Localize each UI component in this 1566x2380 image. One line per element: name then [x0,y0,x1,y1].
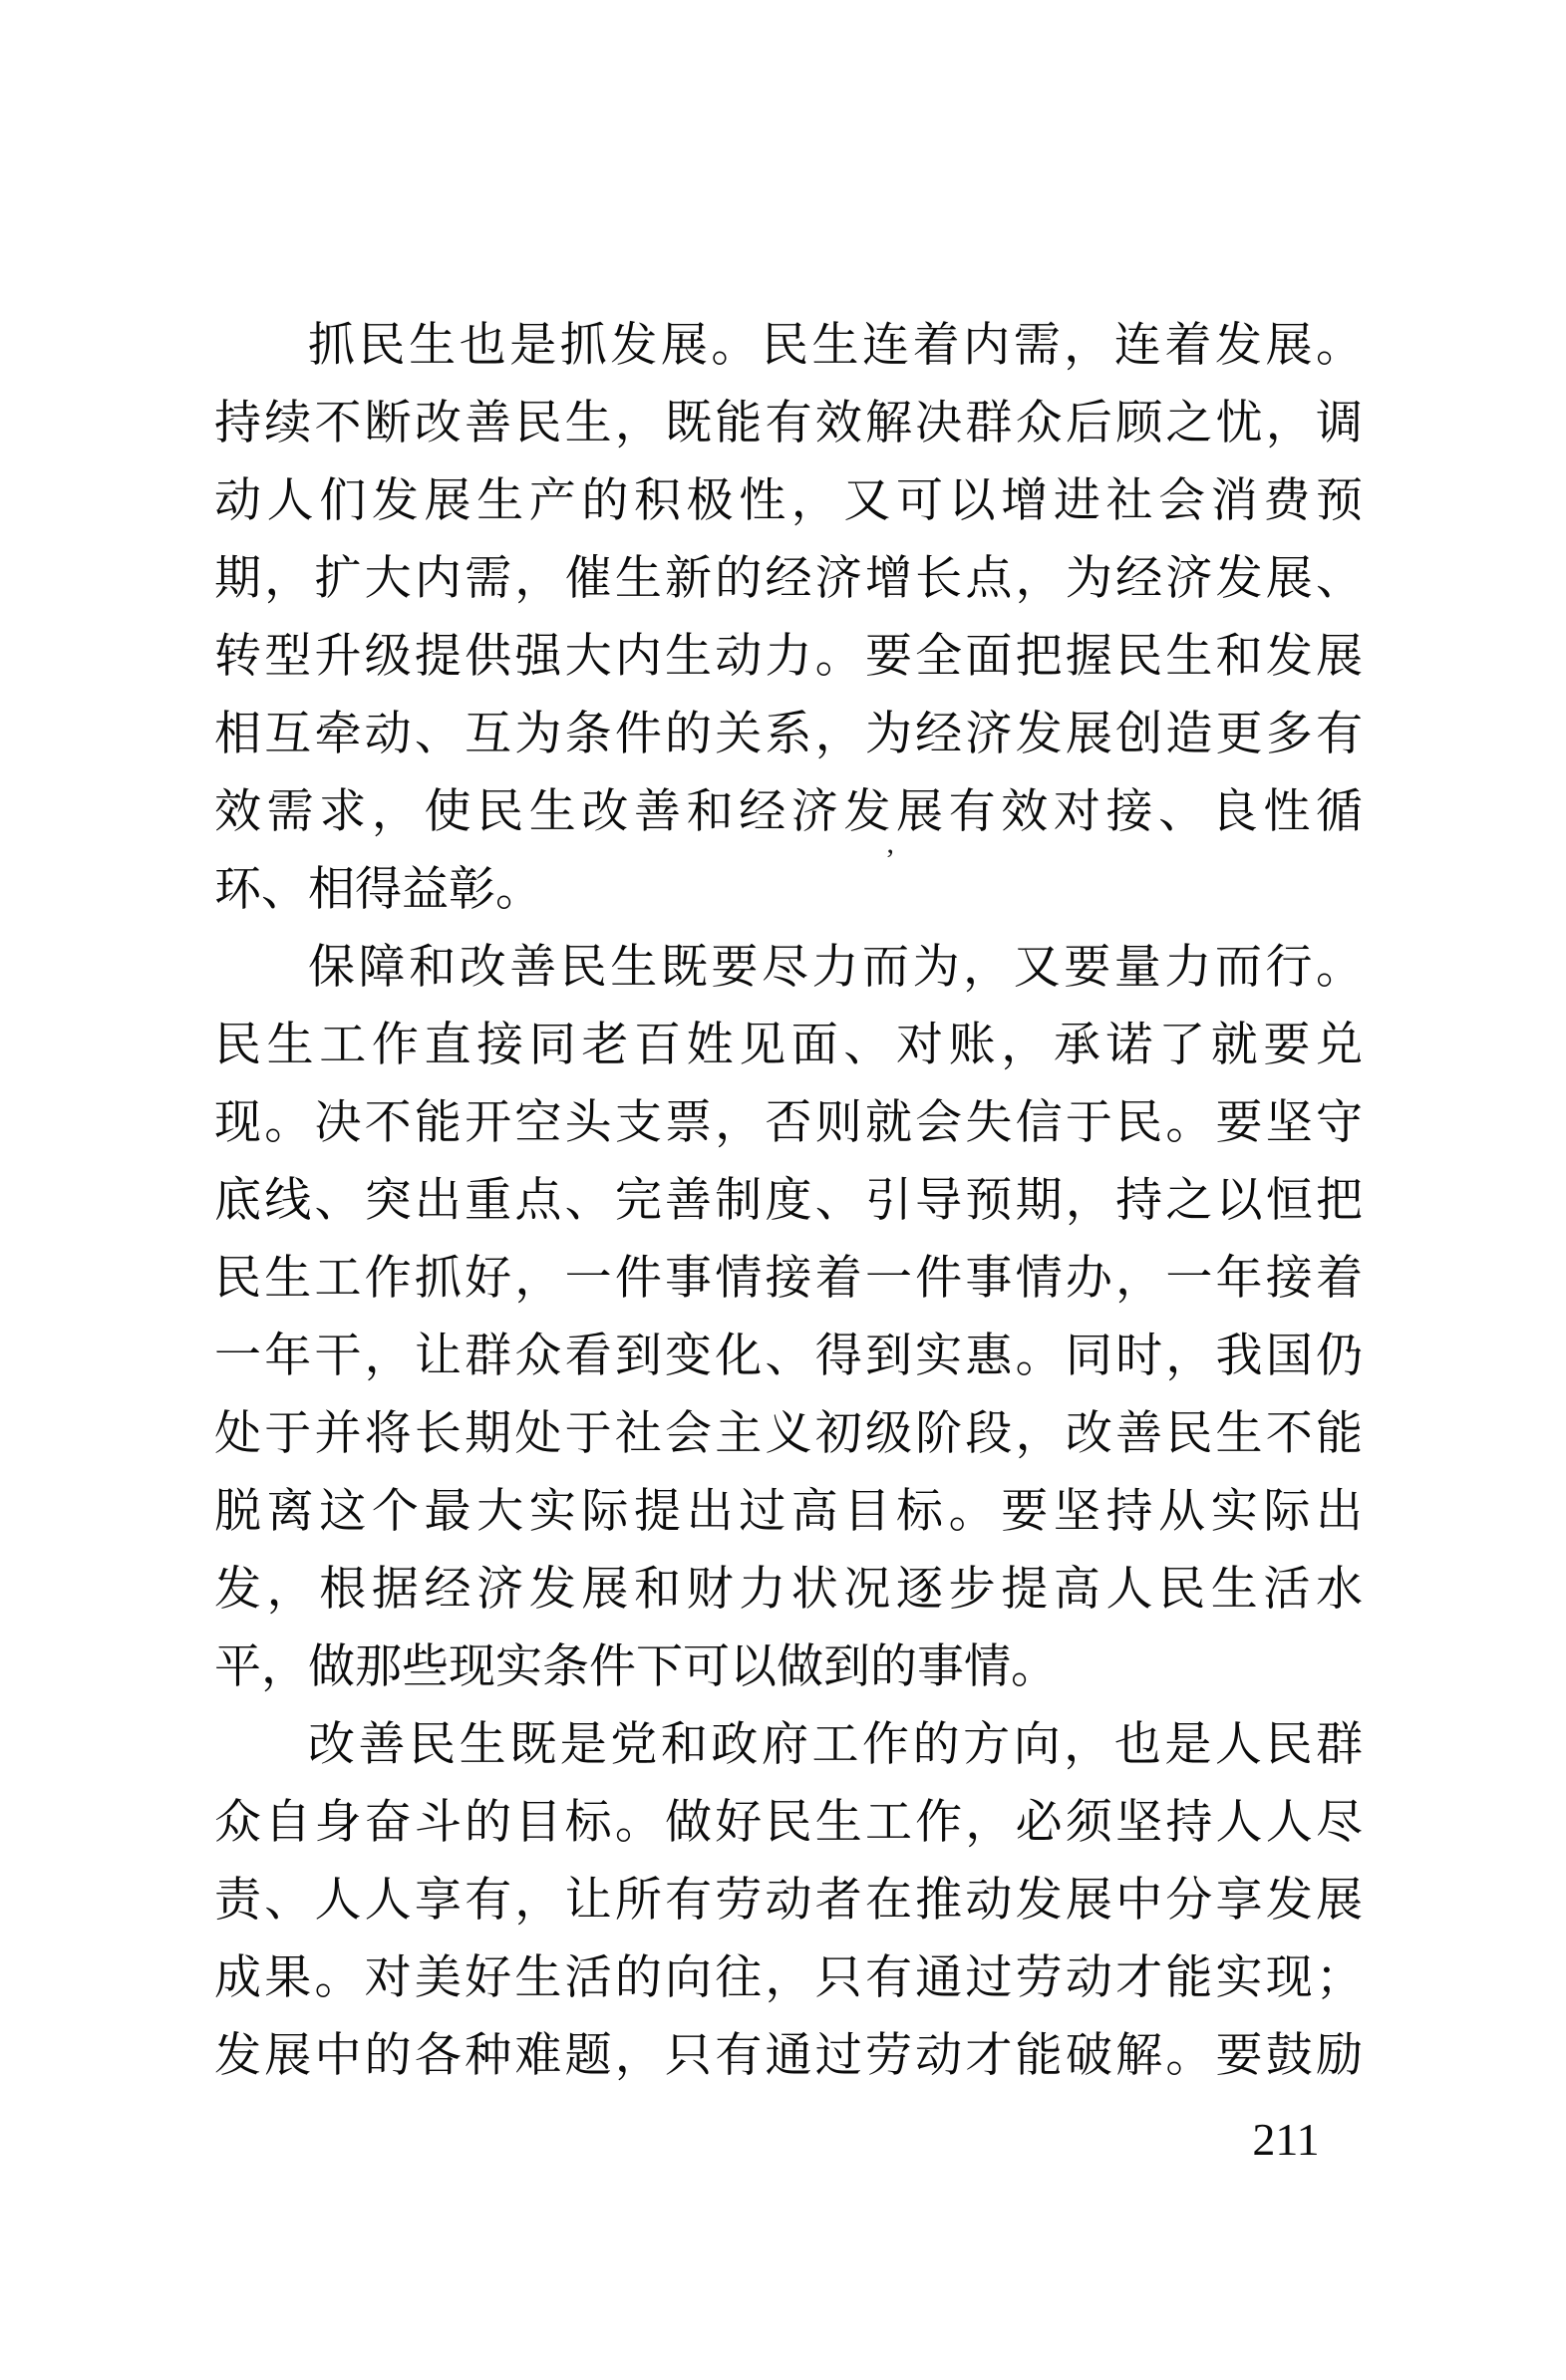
text-line: 平，做那些现实条件下可以做到的事情。 [214,1629,1363,1706]
text-line: 底线、突出重点、完善制度、引导预期，持之以恒把 [214,1162,1363,1240]
book-page: 抓民生也是抓发展。民生连着内需，连着发展。持续不断改善民生，既能有效解决群众后顾… [0,0,1566,2380]
text-line: 持续不断改善民生，既能有效解决群众后顾之忧，调 [214,385,1363,462]
text-line: 脱离这个最大实际提出过高目标。要坚持从实际出 [214,1473,1363,1551]
text-line: 责、人人享有，让所有劳动者在推动发展中分享发展 [214,1862,1363,1939]
text-line: 发，根据经济发展和财力状况逐步提高人民生活水 [214,1551,1363,1629]
text-line: 效需求，使民生改善和经济发展有效对接、良性循 [214,773,1363,851]
text-line: 转型升级提供强大内生动力。要全面把握民生和发展 [214,618,1363,696]
text-line: 改善民生既是党和政府工作的方向，也是人民群 [214,1706,1363,1784]
text-line: 处于并将长期处于社会主义初级阶段，改善民生不能 [214,1395,1363,1473]
text-line: 相互牵动、互为条件的关系，为经济发展创造更多有 [214,696,1363,773]
text-line: 发展中的各种难题，只有通过劳动才能破解。要鼓励 [214,2017,1363,2095]
text-line: 现。决不能开空头支票，否则就会失信于民。要坚守 [214,1084,1363,1162]
text-line: 环、相得益彰。 [214,851,1363,929]
stray-scan-mark: ’ [885,845,895,875]
text-line: 动人们发展生产的积极性，又可以增进社会消费预 [214,462,1363,540]
text-line: 成果。对美好生活的向往，只有通过劳动才能实现； [214,1939,1363,2017]
text-line: 抓民生也是抓发展。民生连着内需，连着发展。 [214,307,1363,385]
text-line: 一年干，让群众看到变化、得到实惠。同时，我国仍 [214,1318,1363,1395]
text-line: 期，扩大内需，催生新的经济增长点，为经济发展、 [214,540,1363,618]
text-block: 抓民生也是抓发展。民生连着内需，连着发展。持续不断改善民生，既能有效解决群众后顾… [214,307,1363,2095]
text-line: 民生工作抓好，一件事情接着一件事情办，一年接着 [214,1240,1363,1318]
text-line: 保障和改善民生既要尽力而为，又要量力而行。 [214,929,1363,1007]
text-line: 众自身奋斗的目标。做好民生工作，必须坚持人人尽 [214,1784,1363,1862]
page-number: 211 [1246,2115,1326,2165]
text-line: 民生工作直接同老百姓见面、对账，承诺了就要兑 [214,1007,1363,1084]
